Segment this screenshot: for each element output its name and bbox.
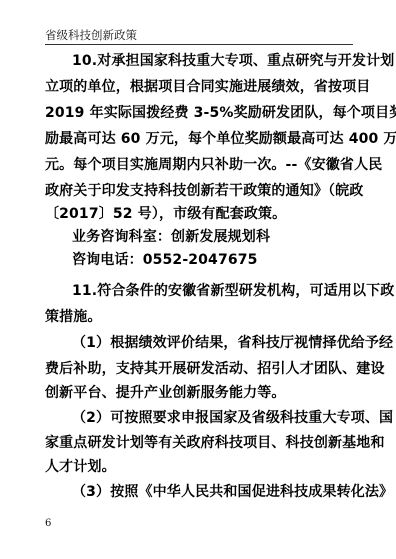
consult-phone: 咨询电话：0552-2047675	[72, 251, 382, 269]
paragraph-10-line-7: 〔2017〕52 号），市级有配套政策。	[45, 205, 355, 223]
item-3-line-1: （3）按照《中华人民共和国促进科技成果转化法》	[72, 483, 382, 501]
paragraph-10-line-3: 2019 年实际国拨经费 3-5%奖励研发团队，每个项目奖	[45, 104, 355, 122]
header-title: 省级科技创新政策	[45, 29, 137, 42]
consult-department: 业务咨询科室：创新发展规划科	[72, 228, 382, 246]
page-header: 省级科技创新政策	[45, 28, 353, 45]
paragraph-10-line-1: 10.对承担国家科技重大专项、重点研究与开发计划	[72, 52, 382, 70]
item-2-line-1: （2）可按照要求申报国家及省级科技重大专项、国	[72, 409, 382, 427]
item-1-line-2: 费后补助，支持其开展研发活动、招引人才团队、建设	[45, 360, 355, 378]
paragraph-11-line-2: 策措施。	[45, 308, 355, 326]
item-1-line-3: 创新平台、提升产业创新服务能力等。	[45, 384, 355, 402]
paragraph-10-line-6: 政府关于印发支持科技创新若干政策的通知》（皖政	[45, 182, 355, 200]
item-2-line-2: 家重点研发计划等有关政府科技项目、科技创新基地和	[45, 434, 355, 452]
paragraph-10-line-4: 励最高可达 60 万元，每个单位奖励额最高可达 400 万	[45, 130, 355, 148]
paragraph-11-line-1: 11.符合条件的安徽省新型研发机构，可适用以下政	[72, 282, 382, 300]
item-1-line-1: （1）根据绩效评价结果，省科技厅视情择优给予经	[72, 334, 382, 352]
page-number: 6	[45, 518, 51, 529]
paragraph-10-line-2: 立项的单位，根据项目合同实施进展绩效，省按项目	[45, 78, 355, 96]
paragraph-10-line-5: 元。每个项目实施周期内只补助一次。--《安徽省人民	[45, 156, 355, 174]
item-2-line-3: 人才计划。	[45, 458, 355, 476]
